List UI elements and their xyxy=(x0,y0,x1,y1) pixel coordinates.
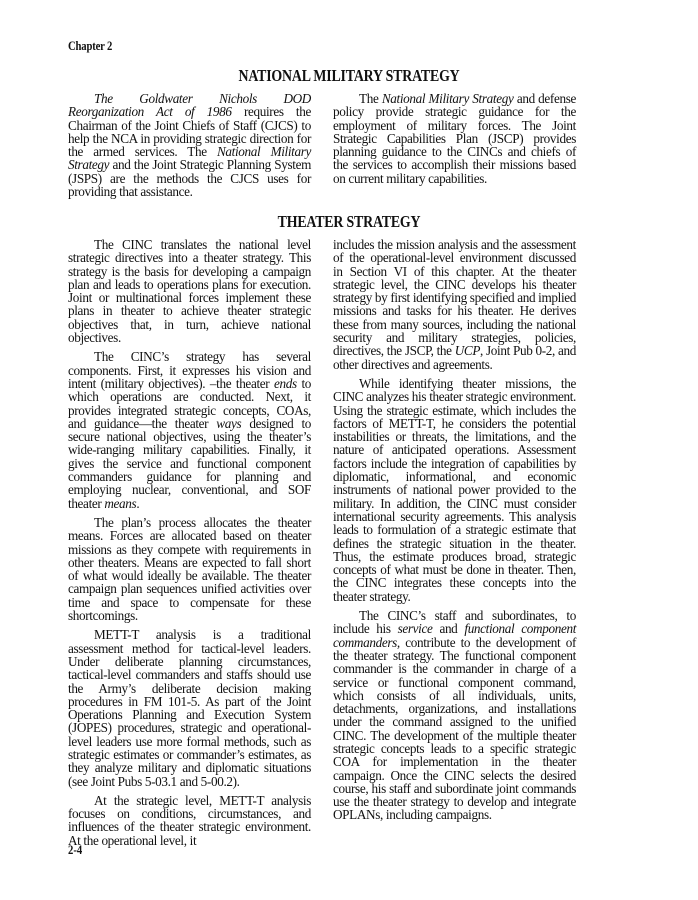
column-left-theater-strategy: The CINC translates the national level s… xyxy=(68,238,311,853)
page-number: 2-4 xyxy=(68,842,82,858)
chapter-label: Chapter 2 xyxy=(68,38,112,54)
paragraph: The National Military Strategy and defen… xyxy=(333,92,576,185)
paragraph: The CINC translates the national level s… xyxy=(68,238,311,344)
paragraph: The plan’s process allocates the theater… xyxy=(68,516,311,622)
column-left-national-military-strategy: The Goldwater Nichols DOD Reorganization… xyxy=(68,92,311,204)
column-right-national-military-strategy: The National Military Strategy and defen… xyxy=(333,92,576,191)
section-title-theater-strategy: THEATER STRATEGY xyxy=(56,212,642,232)
paragraph: The CINC’s staff and subordinates, to in… xyxy=(333,609,576,822)
paragraph: The CINC’s strategy has several componen… xyxy=(68,350,311,510)
paragraph: At the strategic level, METT-T analysis … xyxy=(68,794,311,847)
column-right-theater-strategy: includes the mission analysis and the as… xyxy=(333,238,576,828)
paragraph: METT-T analysis is a traditional assessm… xyxy=(68,628,311,788)
paragraph: While identifying theater missions, the … xyxy=(333,377,576,603)
section-title-national-military-strategy: NATIONAL MILITARY STRATEGY xyxy=(56,66,642,86)
paragraph: includes the mission analysis and the as… xyxy=(333,238,576,371)
paragraph: The Goldwater Nichols DOD Reorganization… xyxy=(68,92,311,198)
